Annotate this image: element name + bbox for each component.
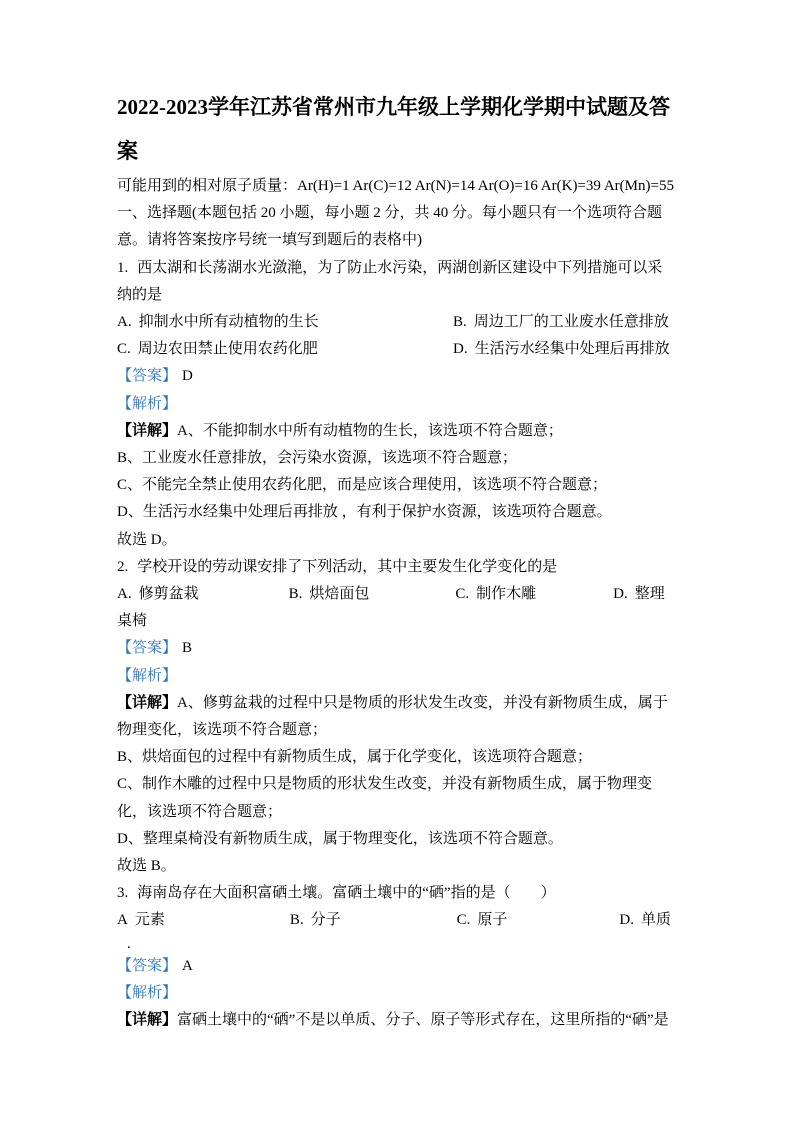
question-3-detail-intro: 【详解】富硒土壤中的“硒”不是以单质、分子、原子等形式存在，这里所指的“硒”是: [117, 1007, 677, 1034]
option-c-text: 原子: [477, 912, 507, 928]
tab-spacer: [369, 597, 455, 598]
option-d-label: D.: [613, 586, 628, 602]
analysis-label: 【解析】: [117, 668, 177, 684]
question-2-detail-a: A、修剪盆栽的过程中只是物质的形状发生改变，并没有新物质生成，属于物理变化，该选…: [117, 695, 668, 738]
question-1-conclusion: 故选 D。: [117, 527, 677, 554]
detail-label: 【详解】: [117, 695, 177, 711]
tab-spacer: [536, 597, 613, 598]
question-3-analysis-line: 【解析】: [117, 980, 677, 1007]
option-c-text: 制作木雕: [476, 586, 536, 602]
option-d-label: D.: [619, 912, 634, 928]
question-2-option-d: D.整理桌椅: [117, 586, 665, 629]
option-b-text: 周边工厂的工业废水任意排放: [474, 314, 669, 330]
question-1-options-row-2: C.周边农田禁止使用农药化肥D.生活污水经集中处理后再排放: [117, 336, 677, 363]
question-1-detail-a: A、不能抑制水中所有动植物的生长，该选项不符合题意；: [177, 423, 563, 439]
option-a-label: A: [117, 912, 128, 928]
question-2-stem: 2.学校开设的劳动课安排了下列活动，其中主要发生化学变化的是: [117, 554, 677, 581]
question-1-option-a: A.抑制水中所有动植物的生长: [117, 309, 453, 336]
answer-label: 【答案】: [117, 368, 177, 384]
question-2-detail-d: D、整理桌椅没有新物质生成，属于物理变化，该选项不符合题意。: [117, 826, 677, 853]
question-3-option-c: C.原子: [457, 912, 508, 928]
answer-label: 【答案】: [117, 640, 177, 656]
option-c-label: C.: [117, 341, 131, 357]
option-c-label: C.: [457, 912, 471, 928]
tab-spacer: [341, 923, 457, 924]
option-b-label: B.: [453, 314, 467, 330]
question-3-number: 3.: [117, 885, 128, 901]
question-3-option-d: D.单质: [619, 912, 671, 928]
question-1-detail-b: B、工业废水任意排放，会污染水资源，该选项不符合题意；: [117, 445, 677, 472]
option-d-label: D.: [453, 341, 468, 357]
atomic-mass-note: 可能用到的相对原子质量：Ar(H)=1 Ar(C)=12 Ar(N)=14 Ar…: [117, 173, 677, 200]
question-1-number: 1.: [117, 260, 128, 276]
option-a-text: 元素: [135, 912, 165, 928]
question-3-stray-period: .: [117, 935, 677, 953]
question-2-analysis-line: 【解析】: [117, 663, 677, 690]
question-2-options-row: A.修剪盆栽B.烘焙面包C.制作木雕D.整理桌椅: [117, 581, 677, 635]
option-a-text: 修剪盆栽: [139, 586, 199, 602]
option-a-label: A.: [117, 586, 132, 602]
option-b-text: 烘焙面包: [309, 586, 369, 602]
analysis-label: 【解析】: [117, 985, 177, 1001]
question-1-options-row-1: A.抑制水中所有动植物的生长B.周边工厂的工业废水任意排放: [117, 309, 677, 336]
question-3-stem-text: 海南岛存在大面积富硒土壤。富硒土壤中的“硒”指的是（ ）: [137, 885, 555, 901]
tab-spacer: [165, 923, 290, 924]
question-2-option-b: B.烘焙面包: [289, 586, 370, 602]
question-2-option-c: C.制作木雕: [455, 586, 536, 602]
exam-document-page: 2022-2023学年江苏省常州市九年级上学期化学期中试题及答案 可能用到的相对…: [0, 0, 794, 1123]
question-1-option-c: C.周边农田禁止使用农药化肥: [117, 336, 453, 363]
option-b-label: B.: [290, 912, 304, 928]
option-b-text: 分子: [311, 912, 341, 928]
question-1-analysis-line: 【解析】: [117, 391, 677, 418]
option-d-text: 生活污水经集中处理后再排放: [475, 341, 670, 357]
exam-title: 2022-2023学年江苏省常州市九年级上学期化学期中试题及答案: [117, 85, 677, 173]
option-d-text: 整理桌椅: [117, 586, 665, 629]
question-1: 1.西太湖和长荡湖水光潋滟，为了防止水污染，两湖创新区建设中下列措施可以采纳的是…: [117, 255, 677, 554]
option-c-text: 周边农田禁止使用农药化肥: [138, 341, 318, 357]
option-c-label: C.: [455, 586, 469, 602]
option-a-text: 抑制水中所有动植物的生长: [139, 314, 319, 330]
question-1-stem: 1.西太湖和长荡湖水光潋滟，为了防止水污染，两湖创新区建设中下列措施可以采纳的是: [117, 255, 677, 309]
detail-label: 【详解】: [117, 423, 177, 439]
question-2-option-a: A.修剪盆栽: [117, 586, 199, 602]
question-2-number: 2.: [117, 559, 128, 575]
question-1-answer-line: 【答案】D: [117, 363, 677, 390]
question-1-detail-intro: 【详解】A、不能抑制水中所有动植物的生长，该选项不符合题意；: [117, 418, 677, 445]
analysis-label: 【解析】: [117, 396, 177, 412]
question-3-option-a: A元素: [117, 912, 165, 928]
option-d-text: 单质: [641, 912, 671, 928]
question-2-conclusion: 故选 B。: [117, 853, 677, 880]
section-header: 一、选择题(本题包括 20 小题，每小题 2 分，共 40 分。每小题只有一个选…: [117, 200, 677, 254]
question-1-detail-c: C、不能完全禁止使用农药化肥，而是应该合理使用，该选项不符合题意；: [117, 472, 677, 499]
option-a-label: A.: [117, 314, 132, 330]
tab-spacer: [507, 923, 619, 924]
question-2: 2.学校开设的劳动课安排了下列活动，其中主要发生化学变化的是 A.修剪盆栽B.烘…: [117, 554, 677, 880]
question-3: 3.海南岛存在大面积富硒土壤。富硒土壤中的“硒”指的是（ ） A元素B.分子C.…: [117, 880, 677, 1034]
question-3-detail-text: 富硒土壤中的“硒”不是以单质、分子、原子等形式存在，这里所指的“硒”是: [177, 1012, 669, 1028]
question-1-answer-value: D: [182, 368, 193, 384]
question-1-stem-text: 西太湖和长荡湖水光潋滟，为了防止水污染，两湖创新区建设中下列措施可以采纳的是: [117, 260, 662, 303]
question-2-detail-c: C、制作木雕的过程中只是物质的形状发生改变，并没有新物质生成，属于物理变化，该选…: [117, 771, 677, 825]
question-3-options-row: A元素B.分子C.原子D.单质: [117, 907, 677, 934]
detail-label: 【详解】: [117, 1012, 177, 1028]
tab-spacer: [199, 597, 289, 598]
question-3-stem: 3.海南岛存在大面积富硒土壤。富硒土壤中的“硒”指的是（ ）: [117, 880, 677, 907]
question-2-detail-intro: 【详解】A、修剪盆栽的过程中只是物质的形状发生改变，并没有新物质生成，属于物理变…: [117, 690, 677, 744]
question-3-answer-value: A: [182, 958, 193, 974]
question-3-answer-line: 【答案】A: [117, 953, 677, 980]
question-1-detail-d: D、生活污水经集中处理后再排放 ，有利于保护水资源，该选项符合题意。: [117, 499, 677, 526]
question-2-detail-b: B、烘焙面包的过程中有新物质生成，属于化学变化，该选项符合题意；: [117, 744, 677, 771]
question-2-answer-line: 【答案】B: [117, 635, 677, 662]
question-2-stem-text: 学校开设的劳动课安排了下列活动，其中主要发生化学变化的是: [137, 559, 557, 575]
answer-label: 【答案】: [117, 958, 177, 974]
question-1-option-d: D.生活污水经集中处理后再排放: [453, 336, 677, 363]
question-3-option-b: B.分子: [290, 912, 341, 928]
question-1-option-b: B.周边工厂的工业废水任意排放: [453, 309, 677, 336]
option-b-label: B.: [289, 586, 303, 602]
question-2-answer-value: B: [182, 640, 192, 656]
